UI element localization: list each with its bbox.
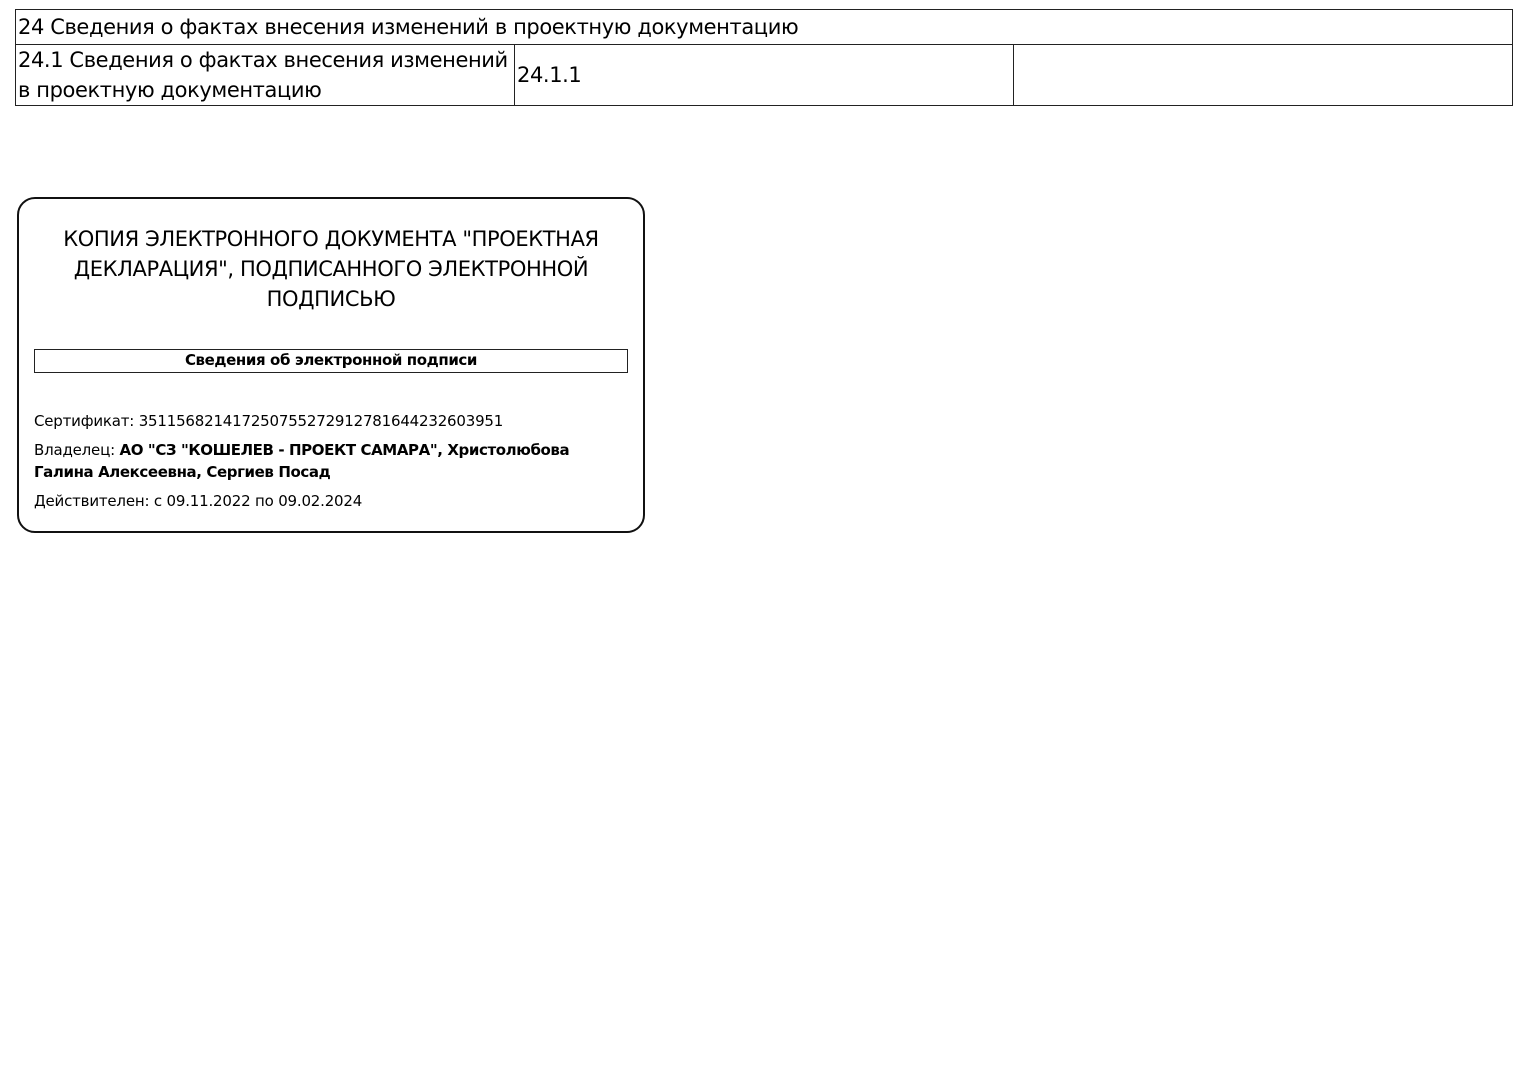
row-value bbox=[1014, 45, 1513, 106]
validity-from-prefix: с bbox=[154, 492, 162, 510]
validity-from: 09.11.2022 bbox=[167, 492, 251, 510]
stamp-title: КОПИЯ ЭЛЕКТРОННОГО ДОКУМЕНТА "ПРОЕКТНАЯ … bbox=[39, 224, 623, 314]
owner-line: Владелец: АО "СЗ "КОШЕЛЕВ - ПРОЕКТ САМАР… bbox=[34, 439, 629, 483]
electronic-signature-stamp: КОПИЯ ЭЛЕКТРОННОГО ДОКУМЕНТА "ПРОЕКТНАЯ … bbox=[17, 197, 645, 533]
section-heading: 24 Сведения о фактах внесения изменений … bbox=[16, 10, 1513, 45]
certificate-line: Сертификат: 3511568214172507552729127816… bbox=[34, 410, 629, 432]
stamp-info: Сертификат: 3511568214172507552729127816… bbox=[34, 410, 629, 519]
table-row: 24.1 Сведения о фактах внесения изменени… bbox=[16, 45, 1513, 106]
certificate-value: 351156821417250755272912781644232603951 bbox=[139, 412, 503, 430]
validity-to-prefix: по bbox=[255, 492, 274, 510]
validity-label: Действителен: bbox=[34, 492, 149, 510]
validity-line: Действителен: с 09.11.2022 по 09.02.2024 bbox=[34, 490, 629, 512]
owner-label: Владелец: bbox=[34, 441, 115, 459]
certificate-label: Сертификат: bbox=[34, 412, 134, 430]
section-row: 24 Сведения о фактах внесения изменений … bbox=[16, 10, 1513, 45]
row-code: 24.1.1 bbox=[515, 45, 1014, 106]
stamp-header: Сведения об электронной подписи bbox=[34, 349, 628, 373]
owner-value: АО "СЗ "КОШЕЛЕВ - ПРОЕКТ САМАРА", Христо… bbox=[34, 441, 569, 481]
validity-to: 09.02.2024 bbox=[278, 492, 362, 510]
row-label: 24.1 Сведения о фактах внесения изменени… bbox=[16, 45, 515, 106]
disclosure-table: 24 Сведения о фактах внесения изменений … bbox=[15, 9, 1513, 106]
